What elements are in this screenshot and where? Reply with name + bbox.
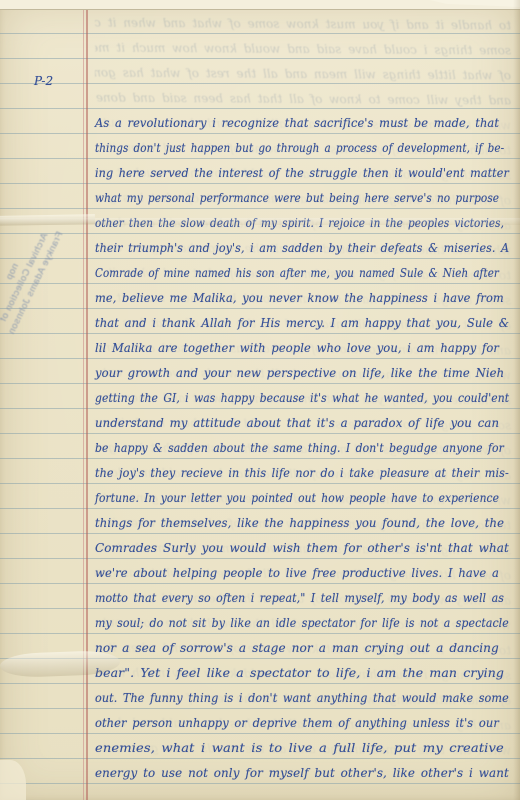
handwritten-line: bear". Yet i feel like a spectator to li…: [95, 666, 504, 680]
handwritten-line: ing here served the interest of the stru…: [95, 166, 509, 180]
handwritten-line: what my personal performance were but be…: [95, 191, 499, 205]
handwritten-line: nor a sea of sorrow's a stage nor a man …: [95, 641, 499, 655]
bottom-left-corner-wear: [0, 760, 26, 800]
handwritten-line: things for themselves, like the happines…: [95, 516, 504, 530]
handwritten-line: be happy & sadden about the same thing. …: [95, 441, 504, 455]
handwritten-line: other person unhappy or deprive them of …: [95, 716, 499, 730]
handwritten-line: fortune. In your letter you pointed out …: [95, 491, 499, 505]
handwritten-line: As a revolutionary i recognize that sacr…: [95, 116, 499, 130]
handwritten-line: me, believe me Malika, you never know th…: [95, 291, 504, 305]
bleedthrough-line: of what little things will mean and all …: [95, 66, 511, 87]
handwritten-line: lil Malika are together with people who …: [95, 341, 499, 355]
handwritten-line: getting the GI, i was happy because it's…: [95, 391, 509, 405]
handwritten-line: motto that every so often i repeat," I t…: [95, 591, 504, 605]
right-edge-shadow: [513, 0, 520, 800]
horizontal-crease-left: [0, 214, 95, 226]
handwritten-line: Comrades Surly you would wish them for o…: [95, 541, 509, 555]
handwritten-line: we're about helping people to live free …: [95, 566, 499, 580]
letter-page: to handle it and if you must know some o…: [0, 0, 520, 800]
rule-line: [0, 783, 520, 784]
handwritten-line: understand my attitude about that it's a…: [95, 416, 499, 430]
handwritten-line: my soul; do not sit by like an idle spec…: [95, 616, 509, 630]
handwritten-line: enemies, what i want is to live a full l…: [95, 741, 504, 755]
handwritten-line: your growth and your new perspective on …: [95, 366, 504, 380]
bleedthrough-line: to handle it and if you must know some o…: [95, 16, 511, 37]
handwritten-line: things don't just happen but go through …: [95, 141, 504, 155]
handwritten-line: out. The funny thing is i don't want any…: [95, 691, 509, 705]
handwritten-line: their triumph's and joy's, i am sadden b…: [95, 241, 509, 255]
margin-line-inner: [86, 0, 88, 800]
handwritten-line: that and i thank Allah for His mercy. I …: [95, 316, 509, 330]
handwritten-line: the joy's they recieve in this life nor …: [95, 466, 509, 480]
bleedthrough-line: and they will come to know of all that h…: [95, 91, 511, 112]
bleedthrough-line: some things i could have said and would …: [95, 41, 511, 62]
page-number: P-2: [34, 74, 53, 88]
margin-line-outer: [83, 0, 84, 800]
handwritten-line: Comrade of mine named his son after me, …: [95, 266, 499, 280]
handwritten-line: energy to use not only for myself but ot…: [95, 766, 509, 780]
